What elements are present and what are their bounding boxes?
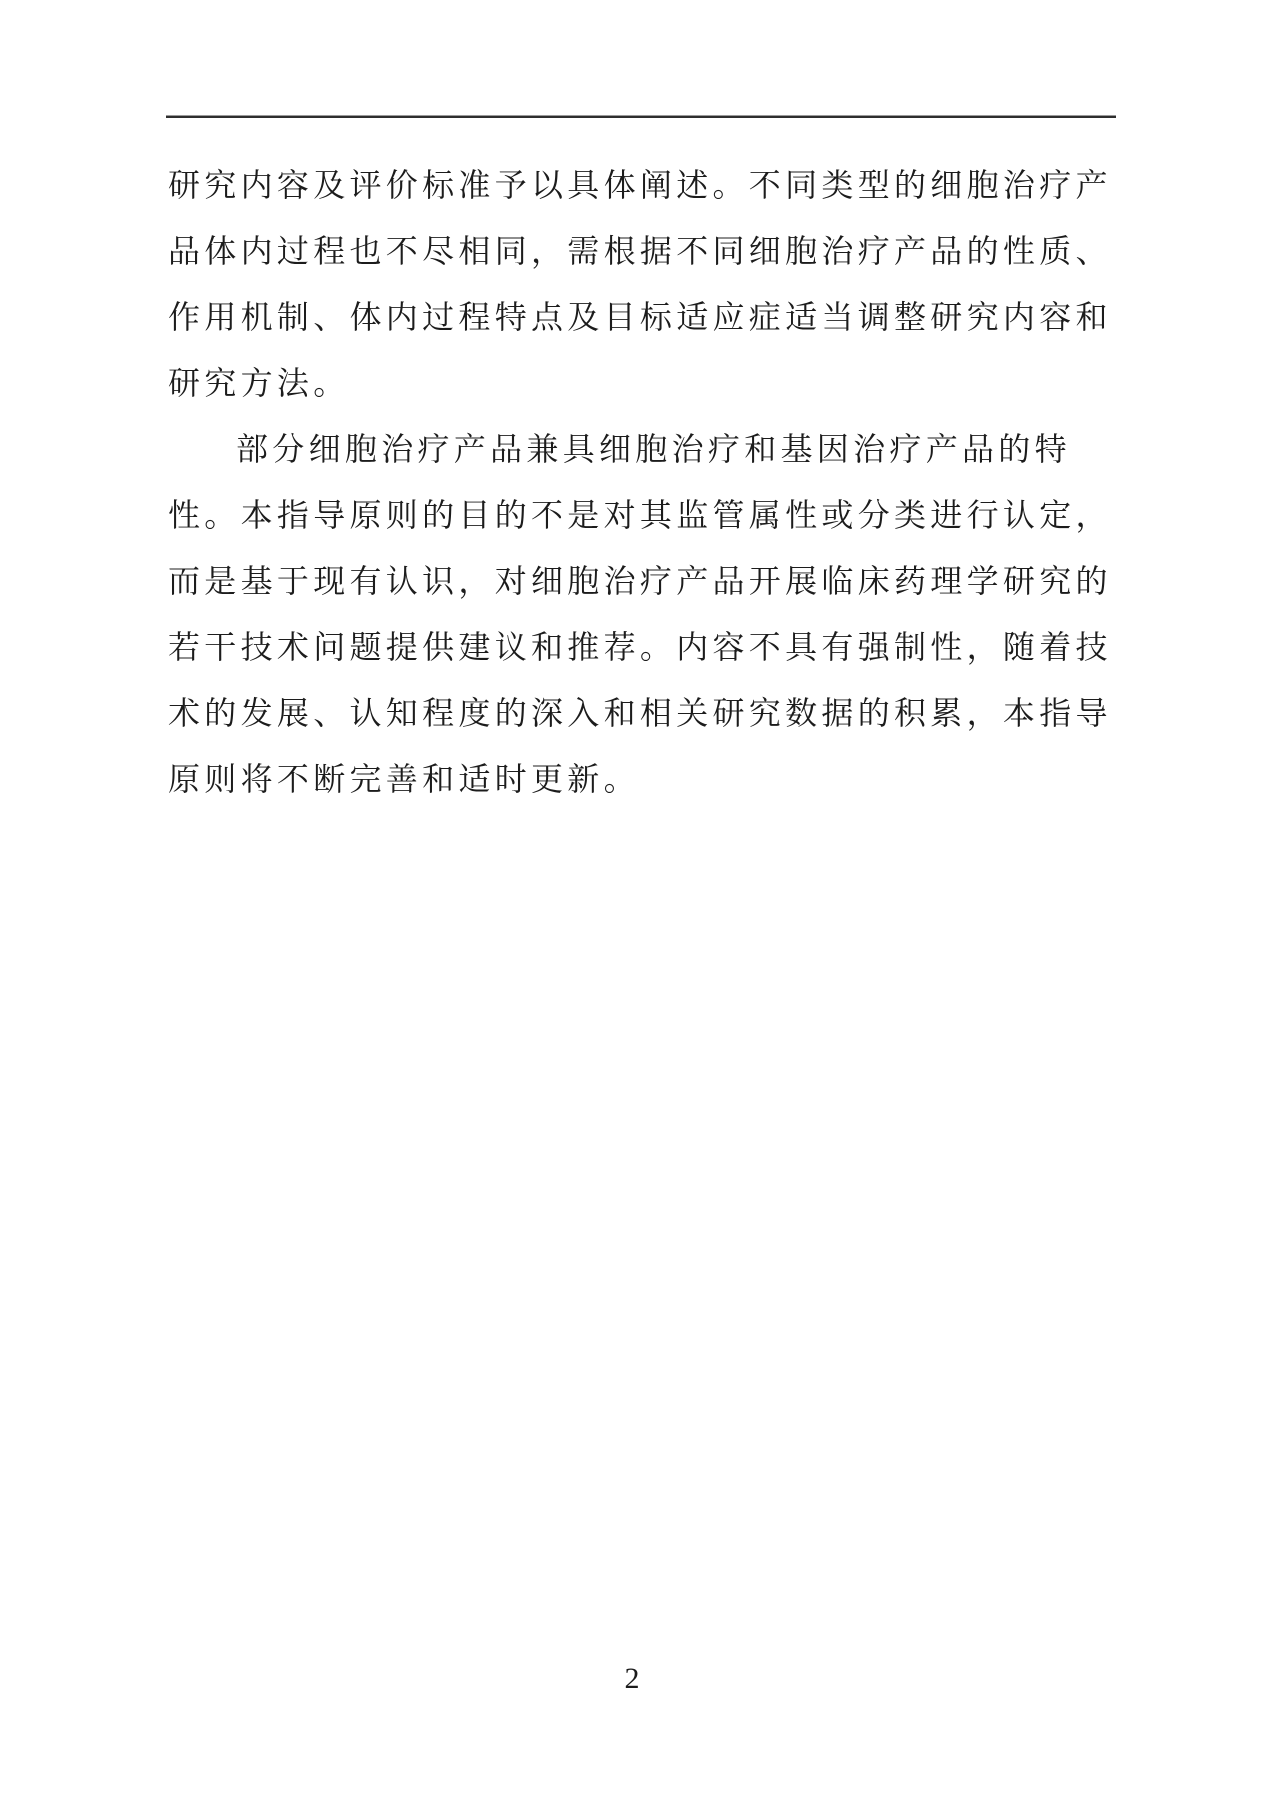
text-line: 而是基于现有认识，对细胞治疗产品开展临床药理学研究的 bbox=[168, 548, 1120, 614]
text-line: 部分细胞治疗产品兼具细胞治疗和基因治疗产品的特 bbox=[168, 416, 1120, 482]
text-line: 研究内容及评价标准予以具体阐述。不同类型的细胞治疗产 bbox=[168, 152, 1120, 218]
paragraph-2: 部分细胞治疗产品兼具细胞治疗和基因治疗产品的特 性。本指导原则的目的不是对其监管… bbox=[168, 416, 1120, 812]
text-line: 作用机制、体内过程特点及目标适应症适当调整研究内容和 bbox=[168, 284, 1120, 350]
text-line: 原则将不断完善和适时更新。 bbox=[168, 746, 1120, 812]
document-page: 研究内容及评价标准予以具体阐述。不同类型的细胞治疗产 品体内过程也不尽相同，需根… bbox=[0, 0, 1280, 1810]
header-rule bbox=[166, 115, 1116, 118]
text-line: 研究方法。 bbox=[168, 350, 1120, 416]
document-body: 研究内容及评价标准予以具体阐述。不同类型的细胞治疗产 品体内过程也不尽相同，需根… bbox=[168, 152, 1120, 812]
text-line: 若干技术问题提供建议和推荐。内容不具有强制性，随着技 bbox=[168, 614, 1120, 680]
paragraph-1: 研究内容及评价标准予以具体阐述。不同类型的细胞治疗产 品体内过程也不尽相同，需根… bbox=[168, 152, 1120, 416]
text-line: 品体内过程也不尽相同，需根据不同细胞治疗产品的性质、 bbox=[168, 218, 1120, 284]
text-line: 性。本指导原则的目的不是对其监管属性或分类进行认定， bbox=[168, 482, 1120, 548]
page-number: 2 bbox=[0, 1662, 1264, 1696]
text-line: 术的发展、认知程度的深入和相关研究数据的积累，本指导 bbox=[168, 680, 1120, 746]
